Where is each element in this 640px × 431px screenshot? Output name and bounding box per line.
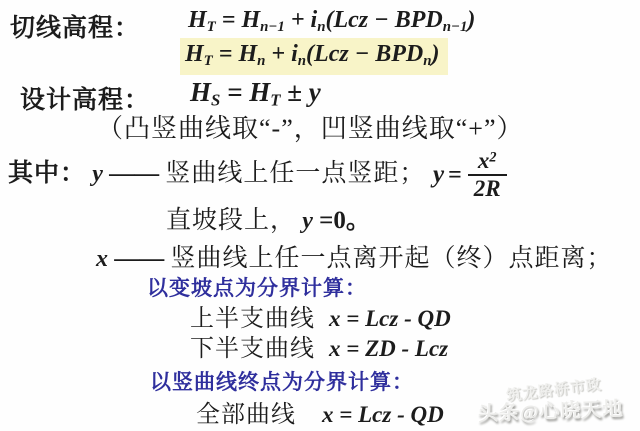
lower-branch-label: 下半支曲线	[190, 336, 315, 362]
straight-segment-prefix: 直坡段上，	[166, 207, 296, 234]
watermark: 筑龙路桥市政 头条@心晓天地	[478, 379, 638, 431]
fraction-equals: =	[448, 162, 462, 189]
straight-segment-row: 直坡段上， y =0。	[166, 200, 371, 236]
y-definition-row: 其中： y —— 竖曲线上任一点竖距；	[8, 153, 425, 189]
y-description: 竖曲线上任一点竖距；	[165, 160, 425, 187]
fraction-denominator: 2R	[468, 174, 507, 201]
x-definition-row: x —— 竖曲线上任一点离开起（终）点距离；	[96, 238, 613, 274]
tangent-formula-current: HT = Hn + in(Lcz − BPDn)	[185, 41, 440, 67]
lower-branch-row: 下半支曲线 x = ZD - Lcz	[190, 328, 448, 363]
fraction-stack: x2 2R	[468, 149, 507, 200]
slide: 切线高程： HT = Hn−1 + in(Lcz − BPDn−1) HT = …	[0, 0, 640, 431]
tangent-formula-prev: HT = Hn−1 + in(Lcz − BPDn−1)	[188, 7, 475, 36]
full-curve-label: 全部曲线	[196, 402, 296, 428]
watermark-main-text: 头条@心晓天地	[478, 392, 625, 426]
y-variable: y	[92, 161, 103, 187]
straight-y-variable: y	[302, 208, 313, 234]
tangent-elevation-label: 切线高程：	[10, 8, 140, 44]
full-curve-row: 全部曲线 x = Lcz - QD	[196, 394, 444, 429]
fraction-lhs: y	[433, 161, 444, 189]
full-curve-formula: x = Lcz - QD	[322, 402, 444, 427]
em-dash: ——	[109, 160, 159, 187]
watermark-faint-text: 筑龙路桥市政	[505, 373, 603, 406]
x-variable: x	[96, 246, 108, 272]
fraction-numerator: x2	[472, 149, 503, 173]
x-description: 竖曲线上任一点离开起（终）点距离；	[171, 245, 613, 272]
sign-convention-note: （凸竖曲线取“-”，凹竖曲线取“+”）	[97, 108, 523, 145]
vertical-distance-formula: y = x2 2R	[433, 144, 507, 206]
em-dash-2: ——	[114, 245, 164, 272]
design-formula: HS = HT ± y	[190, 77, 321, 111]
lower-branch-formula: x = ZD - Lcz	[329, 336, 448, 361]
among-label: 其中：	[8, 160, 86, 187]
heading-split-at-curve-end: 以竖曲线终点为分界计算：	[150, 366, 414, 396]
tangent-formula-current-highlight: HT = Hn + in(Lcz − BPDn)	[180, 38, 448, 75]
straight-segment-suffix: =0。	[319, 207, 371, 234]
